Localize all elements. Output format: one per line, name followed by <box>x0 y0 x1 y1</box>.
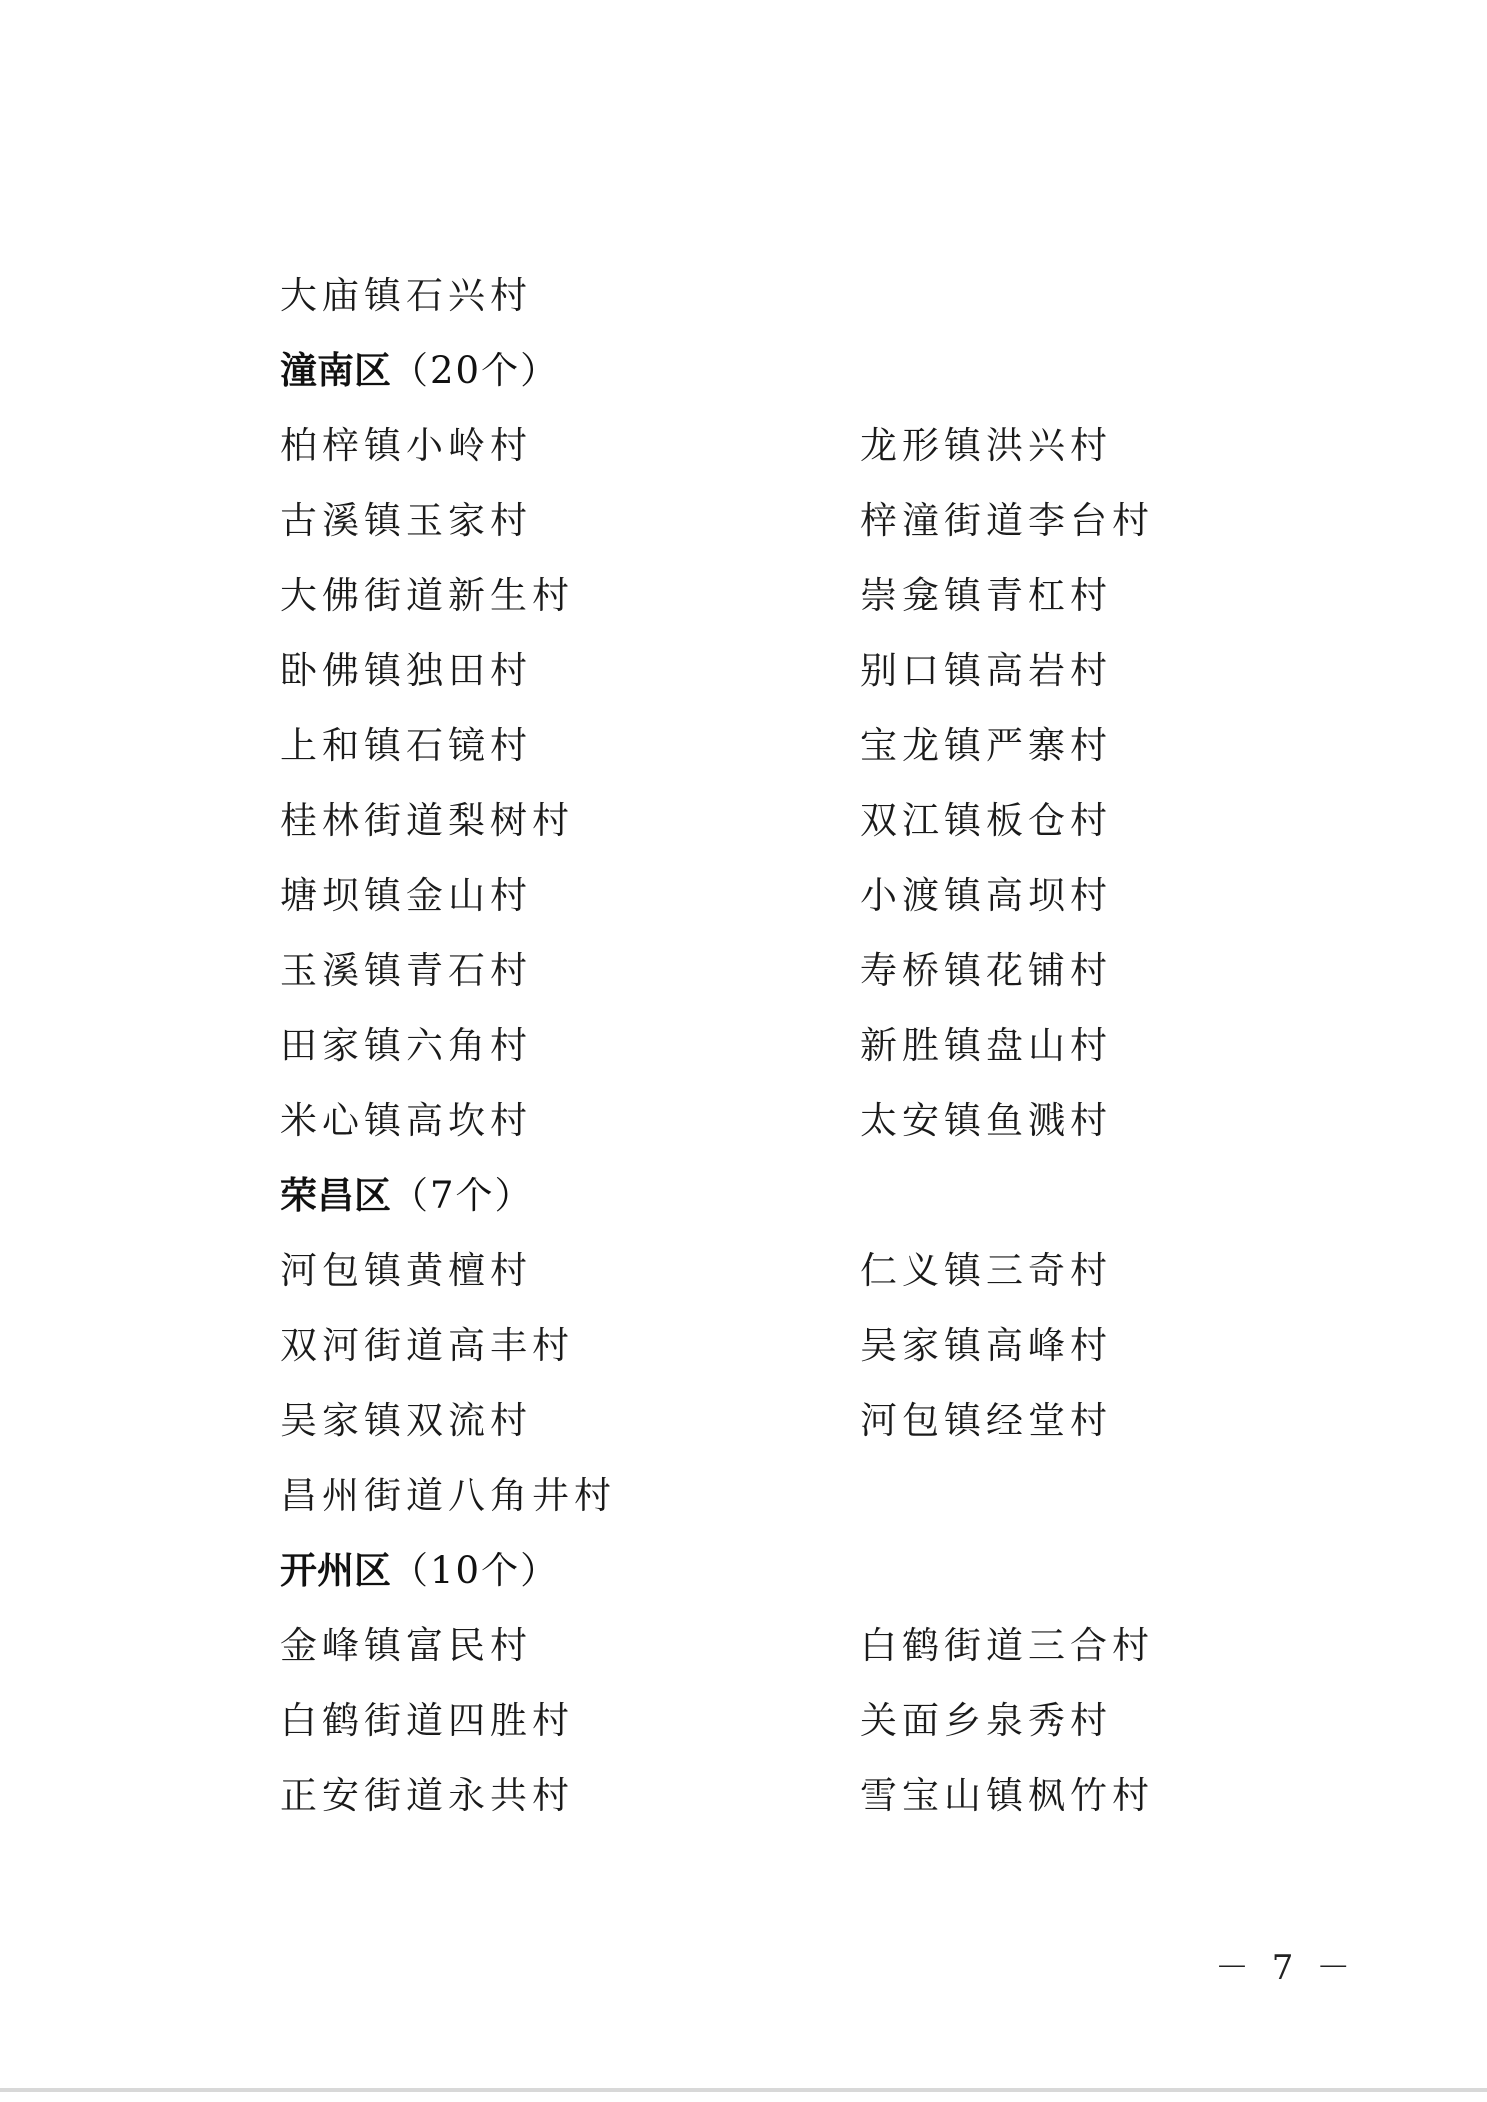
village-name: 崇龛镇青杠村 <box>860 568 1112 624</box>
district-name: 潼南区 <box>280 349 391 392</box>
village-name: 大佛街道新生村 <box>280 574 574 617</box>
village-name: 太安镇鱼溅村 <box>860 1093 1112 1149</box>
village-name: 梓潼街道李台村 <box>860 493 1154 549</box>
village-name: 柏梓镇小岭村 <box>280 424 532 467</box>
list-row: 正安街道永共村雪宝山镇枫竹村 <box>280 1768 574 1824</box>
list-row: 河包镇黄檀村仁义镇三奇村 <box>280 1243 532 1299</box>
village-name: 双河街道高丰村 <box>280 1324 574 1367</box>
village-name: 白鹤街道三合村 <box>860 1618 1154 1674</box>
district-heading: 潼南区（20个） <box>280 343 559 399</box>
village-name: 别口镇高岩村 <box>860 643 1112 699</box>
district-name: 荣昌区 <box>280 1174 391 1217</box>
list-row: 白鹤街道四胜村关面乡泉秀村 <box>280 1693 574 1749</box>
page-bottom-divider <box>0 2088 1487 2092</box>
village-name: 卧佛镇独田村 <box>280 649 532 692</box>
village-name: 大庙镇石兴村 <box>280 274 532 317</box>
village-name: 塘坝镇金山村 <box>280 874 532 917</box>
village-name: 正安街道永共村 <box>280 1774 574 1817</box>
list-row: 大佛街道新生村崇龛镇青杠村 <box>280 568 574 624</box>
village-name: 桂林街道梨树村 <box>280 799 574 842</box>
list-row: 昌州街道八角井村 <box>280 1468 616 1524</box>
district-count: （20个） <box>391 349 559 392</box>
district-heading: 荣昌区（7个） <box>280 1168 534 1224</box>
village-name: 玉溪镇青石村 <box>280 949 532 992</box>
list-row: 米心镇高坎村太安镇鱼溅村 <box>280 1093 532 1149</box>
list-row: 塘坝镇金山村小渡镇高坝村 <box>280 868 532 924</box>
village-name: 米心镇高坎村 <box>280 1099 532 1142</box>
district-count: （7个） <box>391 1174 534 1217</box>
list-row: 金峰镇富民村白鹤街道三合村 <box>280 1618 532 1674</box>
list-row: 田家镇六角村新胜镇盘山村 <box>280 1018 532 1074</box>
list-row: 上和镇石镜村宝龙镇严寨村 <box>280 718 532 774</box>
village-name: 新胜镇盘山村 <box>860 1018 1112 1074</box>
village-name: 雪宝山镇枫竹村 <box>860 1768 1154 1824</box>
village-name: 龙形镇洪兴村 <box>860 418 1112 474</box>
village-name: 宝龙镇严寨村 <box>860 718 1112 774</box>
village-name: 吴家镇双流村 <box>280 1399 532 1442</box>
page-number: － 7 － <box>1215 1940 1356 1989</box>
document-page: 大庙镇石兴村 潼南区（20个） 柏梓镇小岭村龙形镇洪兴村 古溪镇玉家村梓潼街道李… <box>0 0 1487 2102</box>
list-row: 古溪镇玉家村梓潼街道李台村 <box>280 493 532 549</box>
district-heading: 开州区（10个） <box>280 1543 559 1599</box>
village-name: 上和镇石镜村 <box>280 724 532 767</box>
village-name: 金峰镇富民村 <box>280 1624 532 1667</box>
district-name: 开州区 <box>280 1549 391 1592</box>
village-name: 寿桥镇花铺村 <box>860 943 1112 999</box>
list-row: 双河街道高丰村吴家镇高峰村 <box>280 1318 574 1374</box>
village-name: 双江镇板仓村 <box>860 793 1112 849</box>
village-name: 小渡镇高坝村 <box>860 868 1112 924</box>
list-row: 桂林街道梨树村双江镇板仓村 <box>280 793 574 849</box>
district-count: （10个） <box>391 1549 559 1592</box>
village-name: 古溪镇玉家村 <box>280 499 532 542</box>
village-name: 关面乡泉秀村 <box>860 1693 1112 1749</box>
village-name: 吴家镇高峰村 <box>860 1318 1112 1374</box>
list-row: 玉溪镇青石村寿桥镇花铺村 <box>280 943 532 999</box>
village-name: 白鹤街道四胜村 <box>280 1699 574 1742</box>
list-row: 吴家镇双流村河包镇经堂村 <box>280 1393 532 1449</box>
list-row: 卧佛镇独田村别口镇高岩村 <box>280 643 532 699</box>
list-item: 大庙镇石兴村 <box>280 268 532 324</box>
village-name: 河包镇黄檀村 <box>280 1249 532 1292</box>
village-name: 仁义镇三奇村 <box>860 1243 1112 1299</box>
village-name: 河包镇经堂村 <box>860 1393 1112 1449</box>
list-row: 柏梓镇小岭村龙形镇洪兴村 <box>280 418 532 474</box>
village-name: 昌州街道八角井村 <box>280 1474 616 1517</box>
village-name: 田家镇六角村 <box>280 1024 532 1067</box>
